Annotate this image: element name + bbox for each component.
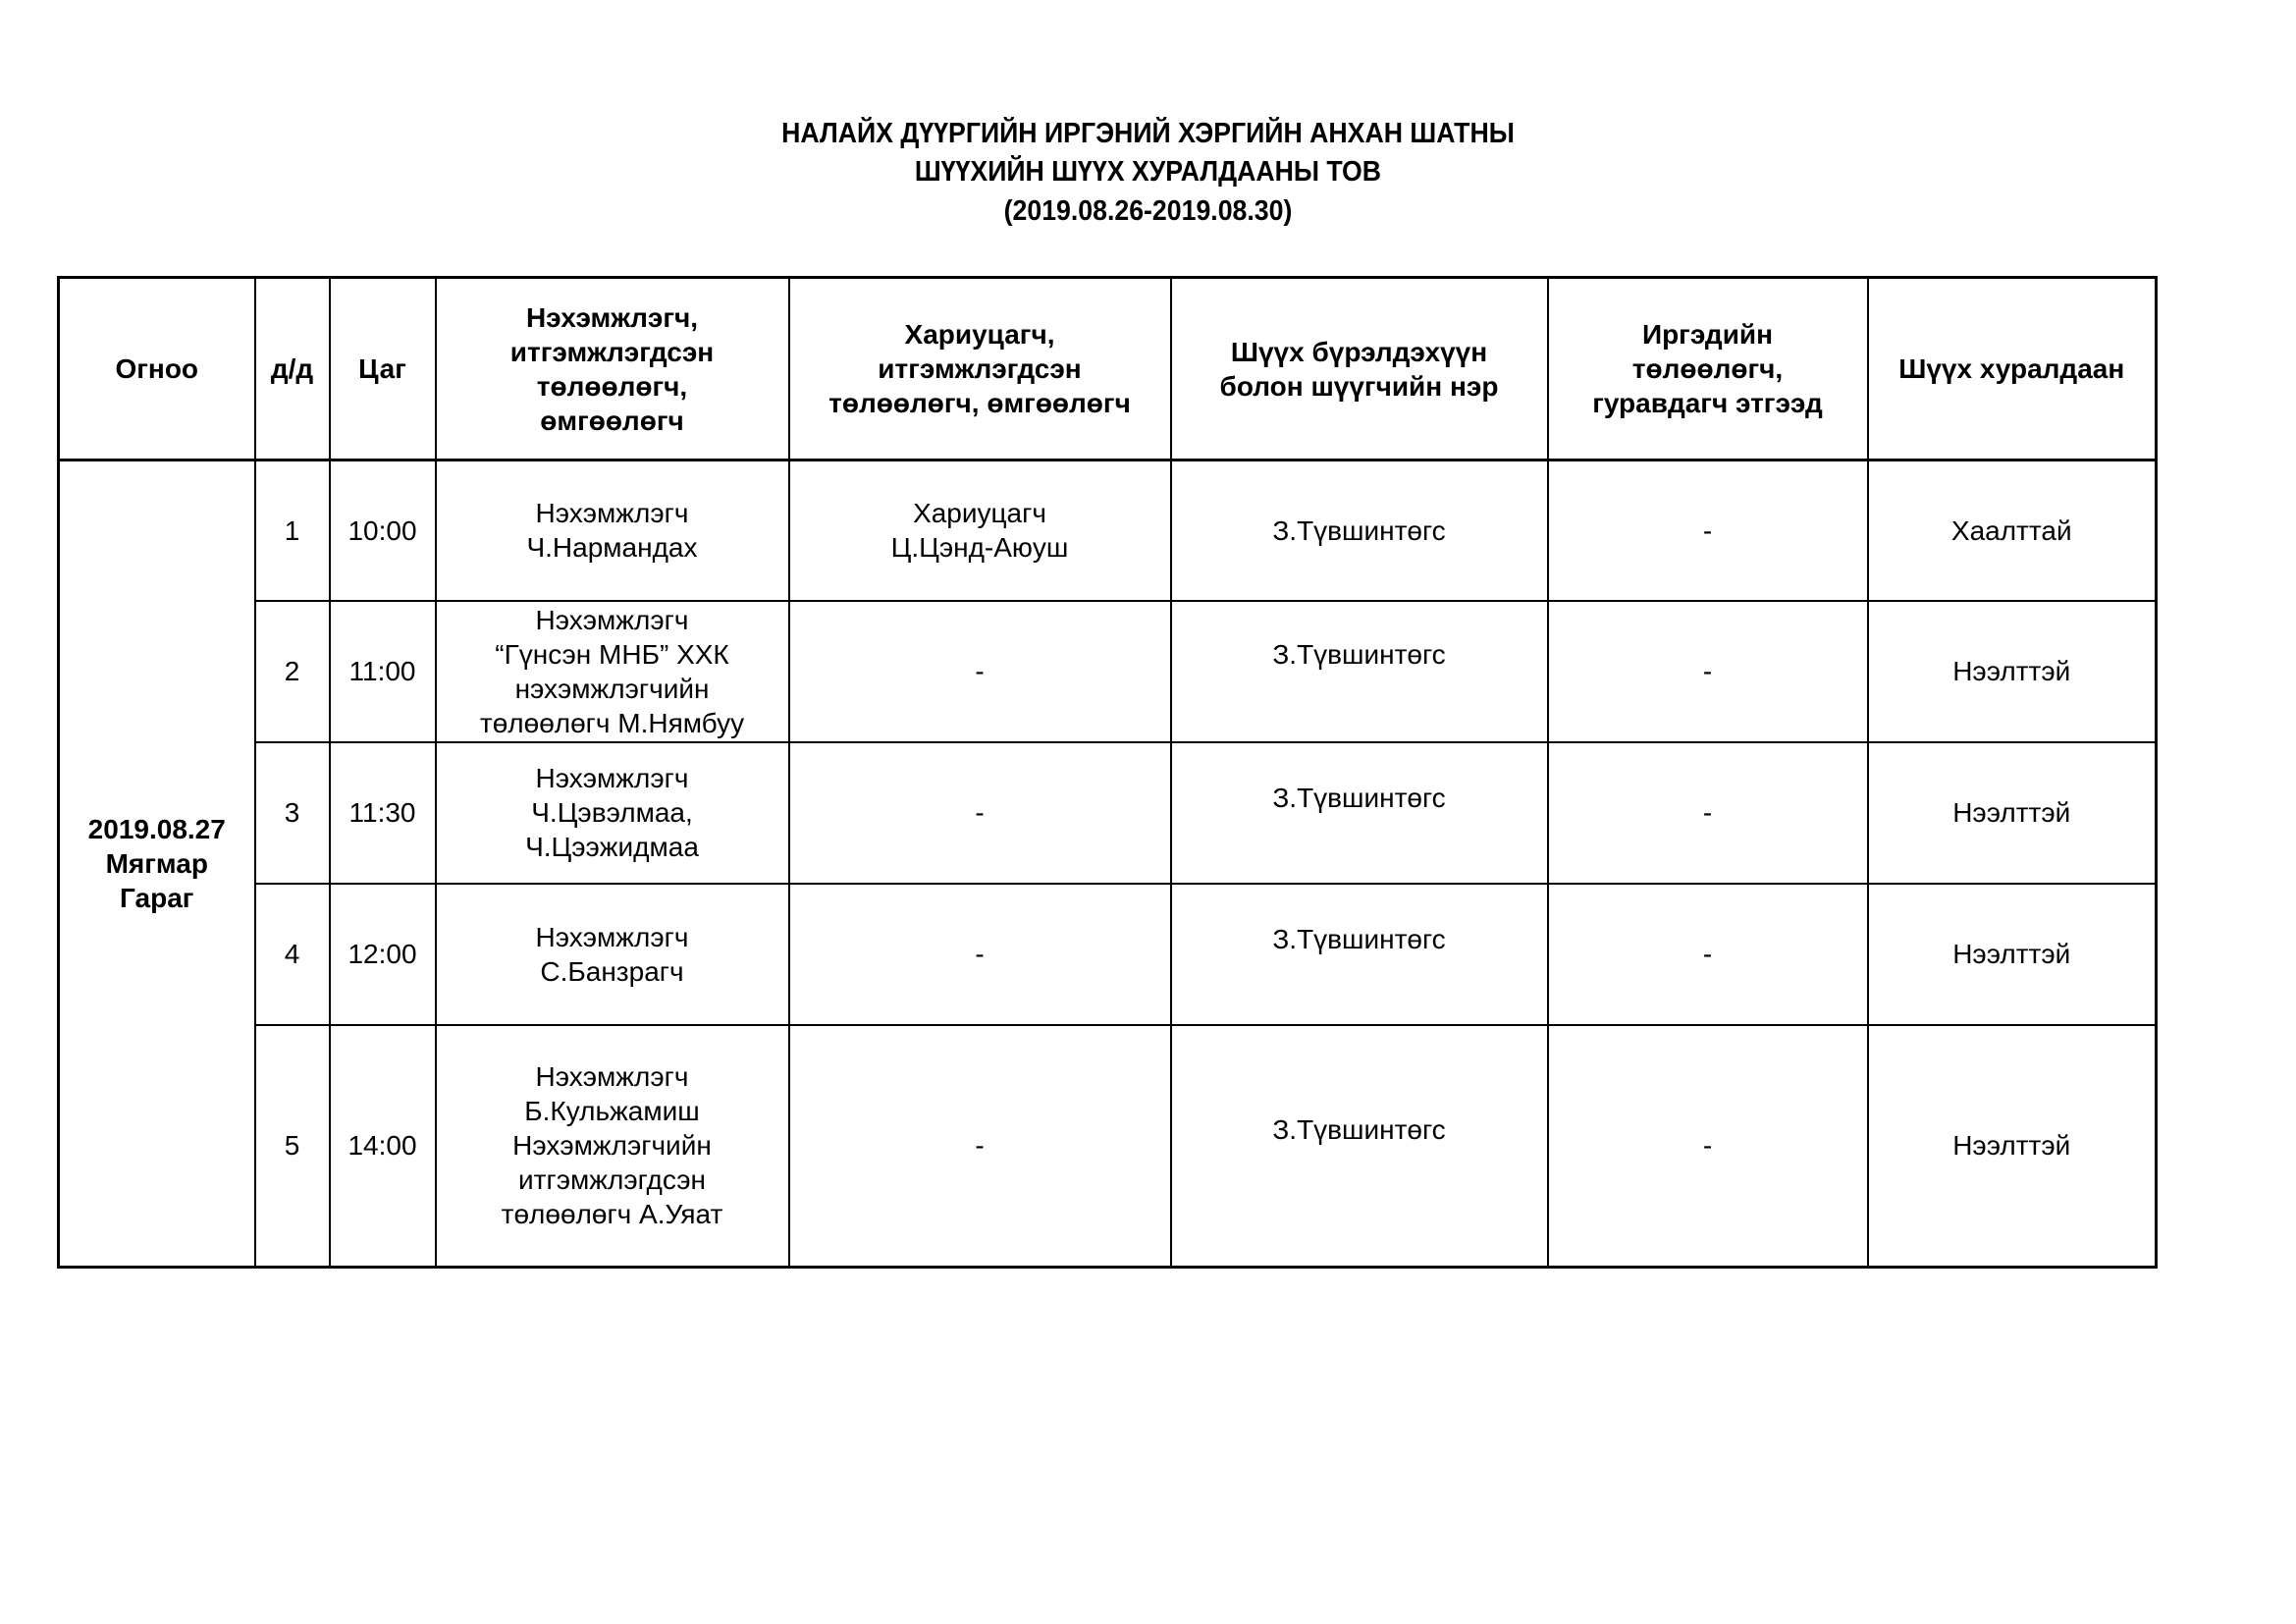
- row-number: 1: [255, 460, 330, 601]
- header-plaintiff-line: төлөөлөгч,: [443, 369, 782, 404]
- defendant-cell: -: [789, 742, 1171, 884]
- date-line: Мягмар: [66, 846, 248, 881]
- plaintiff-cell: Нэхэмжлэгч“Гүнсэн МНБ” ХХКнэхэмжлэгчийнт…: [436, 601, 789, 742]
- judge-cell: З.Түвшинтөгс: [1171, 601, 1548, 742]
- plaintiff-cell-line: Ч.Цээжидмаа: [443, 830, 782, 864]
- header-third-party-line: Иргэдийн: [1555, 317, 1861, 352]
- header-time-line: Цаг: [337, 352, 429, 386]
- session-type-cell: Нээлттэй: [1868, 742, 2157, 884]
- plaintiff-cell: НэхэмжлэгчС.Банзрагч: [436, 884, 789, 1025]
- plaintiff-cell-line: Нэхэмжлэгч: [443, 603, 782, 637]
- header-defendant-line: итгэмжлэгдсэн: [796, 352, 1164, 386]
- header-defendant-line: төлөөлөгч, өмгөөлөгч: [796, 386, 1164, 420]
- hearing-time: 11:00: [330, 601, 436, 742]
- plaintiff-cell-line: Нэхэмжлэгч: [443, 496, 782, 530]
- judge-cell: З.Түвшинтөгс: [1171, 1025, 1548, 1268]
- defendant-cell-line: Хариуцагч: [796, 496, 1164, 530]
- table-row: 514:00НэхэмжлэгчБ.КульжамишНэхэмжлэгчийн…: [59, 1025, 2157, 1268]
- header-plaintiff-line: өмгөөлөгч: [443, 404, 782, 438]
- third-party-cell: -: [1548, 884, 1868, 1025]
- judge-cell: З.Түвшинтөгс: [1171, 742, 1548, 884]
- row-number: 5: [255, 1025, 330, 1268]
- column-header-plaintiff: Нэхэмжлэгч,итгэмжлэгдсэнтөлөөлөгч,өмгөөл…: [436, 278, 789, 460]
- document-title-line1: НАЛАЙХ ДҮҮРГИЙН ИРГЭНИЙ ХЭРГИЙН АНХАН ША…: [92, 116, 2205, 151]
- hearing-time: 10:00: [330, 460, 436, 601]
- plaintiff-cell-line: төлөөлөгч М.Нямбуу: [443, 706, 782, 740]
- date-cell: 2019.08.27МягмарГараг: [59, 460, 255, 1268]
- header-session-line: Шүүх хуралдаан: [1875, 352, 2150, 386]
- date-line: 2019.08.27: [66, 812, 248, 846]
- plaintiff-cell-line: Нэхэмжлэгч: [443, 1059, 782, 1094]
- column-header-date: Огноо: [59, 278, 255, 460]
- defendant-cell: -: [789, 884, 1171, 1025]
- judge-cell: З.Түвшинтөгс: [1171, 460, 1548, 601]
- defendant-cell-line: -: [796, 795, 1164, 830]
- plaintiff-cell: НэхэмжлэгчЧ.Цэвэлмаа,Ч.Цээжидмаа: [436, 742, 789, 884]
- column-header-third-party: Иргэдийнтөлөөлөгч,гуравдагч этгээд: [1548, 278, 1868, 460]
- judge-cell: З.Түвшинтөгс: [1171, 884, 1548, 1025]
- plaintiff-cell-line: Ч.Цэвэлмаа,: [443, 795, 782, 830]
- row-number: 2: [255, 601, 330, 742]
- third-party-cell: -: [1548, 742, 1868, 884]
- session-type-cell: Хаалттай: [1868, 460, 2157, 601]
- defendant-cell-line: -: [796, 654, 1164, 688]
- date-line: Гараг: [66, 881, 248, 915]
- session-type-cell: Нээлттэй: [1868, 1025, 2157, 1268]
- header-row: Огноод/дЦагНэхэмжлэгч,итгэмжлэгдсэнтөлөө…: [59, 278, 2157, 460]
- header-judge-line: болон шүүгчийн нэр: [1178, 369, 1541, 404]
- third-party-cell: -: [1548, 460, 1868, 601]
- third-party-cell: -: [1548, 601, 1868, 742]
- column-header-session: Шүүх хуралдаан: [1868, 278, 2157, 460]
- plaintiff-cell-line: нэхэмжлэгчийн: [443, 672, 782, 706]
- defendant-cell-line: -: [796, 937, 1164, 971]
- court-schedule-table: Огноод/дЦагНэхэмжлэгч,итгэмжлэгдсэнтөлөө…: [57, 276, 2158, 1269]
- document-title-line2: ШҮҮХИЙН ШҮҮХ ХУРАЛДААНЫ ТОВ: [92, 154, 2205, 189]
- row-number: 4: [255, 884, 330, 1025]
- header-third-party-line: төлөөлөгч,: [1555, 352, 1861, 386]
- defendant-cell: -: [789, 601, 1171, 742]
- plaintiff-cell-line: Б.Кульжамиш: [443, 1094, 782, 1128]
- defendant-cell-line: -: [796, 1128, 1164, 1163]
- column-header-time: Цаг: [330, 278, 436, 460]
- table-row: 211:00Нэхэмжлэгч“Гүнсэн МНБ” ХХКнэхэмжлэ…: [59, 601, 2157, 742]
- header-defendant-line: Хариуцагч,: [796, 317, 1164, 352]
- table-row: 412:00НэхэмжлэгчС.Банзрагч-З.Түвшинтөгс-…: [59, 884, 2157, 1025]
- header-third-party-line: гуравдагч этгээд: [1555, 386, 1861, 420]
- defendant-cell-line: Ц.Цэнд-Аюуш: [796, 530, 1164, 565]
- defendant-cell: -: [789, 1025, 1171, 1268]
- plaintiff-cell: НэхэмжлэгчЧ.Нармандах: [436, 460, 789, 601]
- column-header-number: д/д: [255, 278, 330, 460]
- plaintiff-cell: НэхэмжлэгчБ.КульжамишНэхэмжлэгчийнитгэмж…: [436, 1025, 789, 1268]
- header-number-line: д/д: [262, 352, 323, 386]
- defendant-cell: ХариуцагчЦ.Цэнд-Аюуш: [789, 460, 1171, 601]
- header-judge-line: Шүүх бүрэлдэхүүн: [1178, 335, 1541, 369]
- hearing-time: 14:00: [330, 1025, 436, 1268]
- header-plaintiff-line: Нэхэмжлэгч,: [443, 300, 782, 335]
- plaintiff-cell-line: Нэхэмжлэгч: [443, 761, 782, 795]
- hearing-time: 11:30: [330, 742, 436, 884]
- third-party-cell: -: [1548, 1025, 1868, 1268]
- plaintiff-cell-line: итгэмжлэгдсэн: [443, 1163, 782, 1197]
- plaintiff-cell-line: Нэхэмжлэгчийн: [443, 1128, 782, 1163]
- table-row: 2019.08.27МягмарГараг110:00НэхэмжлэгчЧ.Н…: [59, 460, 2157, 601]
- plaintiff-cell-line: С.Банзрагч: [443, 954, 782, 989]
- header-date-line: Огноо: [66, 352, 248, 386]
- plaintiff-cell-line: Ч.Нармандах: [443, 530, 782, 565]
- plaintiff-cell-line: төлөөлөгч А.Уяат: [443, 1197, 782, 1231]
- column-header-judge: Шүүх бүрэлдэхүүнболон шүүгчийн нэр: [1171, 278, 1548, 460]
- plaintiff-cell-line: “Гүнсэн МНБ” ХХК: [443, 637, 782, 672]
- document-date-range: (2019.08.26-2019.08.30): [92, 193, 2205, 229]
- plaintiff-cell-line: Нэхэмжлэгч: [443, 920, 782, 954]
- header-plaintiff-line: итгэмжлэгдсэн: [443, 335, 782, 369]
- table-row: 311:30НэхэмжлэгчЧ.Цэвэлмаа,Ч.Цээжидмаа-З…: [59, 742, 2157, 884]
- hearing-time: 12:00: [330, 884, 436, 1025]
- column-header-defendant: Хариуцагч,итгэмжлэгдсэнтөлөөлөгч, өмгөөл…: [789, 278, 1171, 460]
- session-type-cell: Нээлттэй: [1868, 601, 2157, 742]
- session-type-cell: Нээлттэй: [1868, 884, 2157, 1025]
- row-number: 3: [255, 742, 330, 884]
